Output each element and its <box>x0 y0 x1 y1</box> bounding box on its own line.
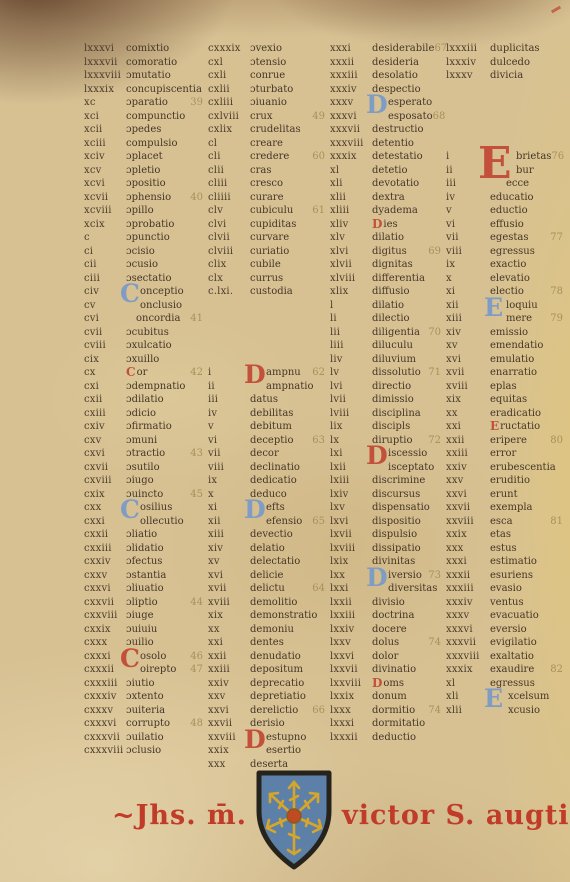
entry-numeral: cxlii <box>208 83 250 97</box>
entry-numeral: cii <box>84 258 126 272</box>
entry-numeral: cx <box>84 366 126 380</box>
entry-word-cell: desolatio <box>372 69 442 83</box>
entry-word-cell: discrimine <box>372 474 442 488</box>
blank-row <box>446 96 564 110</box>
entry-word: ventus <box>490 596 524 610</box>
illuminated-initial: C <box>120 497 140 522</box>
entry-word-cell: conrue <box>250 69 326 83</box>
entry-word-cell: ɔpedes <box>126 123 204 137</box>
entry-word: deceptio <box>250 434 293 448</box>
entry-word-cell: ɔdilatio <box>126 393 204 407</box>
index-entry: lxivdiscursus <box>330 488 442 502</box>
entry-numeral: lxxxix <box>84 83 126 97</box>
entry-numeral: lxxxiii <box>446 42 490 56</box>
index-entry: xxiiidepositum <box>208 663 326 677</box>
entry-word-cell: dissipatio <box>372 542 442 556</box>
entry-word: desolatio <box>372 69 418 83</box>
entry-word-cell: Conceptio <box>126 285 204 299</box>
entry-numeral: xxxiii <box>330 69 372 83</box>
index-entry: lxxxixconcupiscentia <box>84 83 204 97</box>
entry-word-cell: eradicatio <box>490 407 564 421</box>
entry-numeral: lxxxi <box>330 717 372 731</box>
index-entry: lxxxdormitio74 <box>330 704 442 718</box>
entry-word-cell: divicia <box>490 69 564 83</box>
entry-word: divisio <box>372 596 405 610</box>
entry-word: delectatio <box>250 555 300 569</box>
entry-word: debilitas <box>250 407 293 421</box>
entry-word-cell: docere <box>372 623 442 637</box>
index-entry: xxixetas <box>446 528 564 542</box>
index-entry: lxvidispositio <box>330 515 442 529</box>
entry-word-cell: Eructatio <box>490 420 564 434</box>
entry-numeral: vi <box>208 434 250 448</box>
entry-word-cell: crudelitas <box>250 123 326 137</box>
entry-numeral: lxxxv <box>446 69 490 83</box>
entry-numeral: xiv <box>208 542 250 556</box>
entry-word-cell: eplas <box>490 380 564 394</box>
index-entry: cxliiiɔiuanio <box>208 96 326 110</box>
entry-word-cell: ɔuiteria <box>126 704 204 718</box>
entry-word-cell: detentio <box>372 137 442 151</box>
entry-word: divinatio <box>372 663 416 677</box>
index-entry: xxxiiievasio <box>446 582 564 596</box>
entry-numeral: lxxiii <box>330 609 372 623</box>
page-number: 74 <box>428 704 442 718</box>
index-entry: xlvidigitus69 <box>330 245 442 259</box>
entry-word-cell: emulatio <box>490 353 564 367</box>
entry-word: dentes <box>250 636 284 650</box>
entry-word-cell: ventus <box>490 596 564 610</box>
index-entry: xxxixdetestatio <box>330 150 442 164</box>
entry-numeral: xxxvii <box>330 123 372 137</box>
entry-word: doctrina <box>372 609 414 623</box>
index-entry: lvidirectio <box>330 380 442 394</box>
entry-word: ɔpedes <box>126 123 161 137</box>
entry-numeral: cxxxiii <box>84 677 126 691</box>
entry-word-cell: dormitio74 <box>372 704 442 718</box>
entry-numeral: xlviii <box>330 272 372 286</box>
entry-numeral: lxxxvii <box>84 56 126 70</box>
blank-row <box>446 83 564 97</box>
entry-word: dextra <box>372 191 405 205</box>
entry-numeral: lxxii <box>330 596 372 610</box>
index-entry: cxvɔmuni <box>84 434 204 448</box>
entry-word-cell: dissolutio71 <box>372 366 442 380</box>
index-entry: cxiiiɔdicio <box>84 407 204 421</box>
entry-numeral: cxxiv <box>84 555 126 569</box>
entry-numeral: v <box>208 420 250 434</box>
page-number: 65 <box>312 515 326 529</box>
index-entry: xxdemoniu <box>208 623 326 637</box>
entry-word-cell: ɔphensio40 <box>126 191 204 205</box>
index-entry: xliixcusio <box>446 704 564 718</box>
entry-word-cell: corrupto48 <box>126 717 204 731</box>
index-entry: lxiDiscessio <box>330 447 442 461</box>
entry-numeral: lii <box>330 326 372 340</box>
entry-word-cell: equitas <box>490 393 564 407</box>
index-entry: xxxviiidetentio <box>330 137 442 151</box>
entry-word: ɔxtento <box>126 690 164 704</box>
index-entry: cxxxiioirepto47 <box>84 663 204 677</box>
entry-numeral: xcii <box>84 123 126 137</box>
entry-word: delictu <box>250 582 285 596</box>
entry-numeral: xxvi <box>446 488 490 502</box>
entry-word: diversitas <box>388 582 437 596</box>
entry-numeral: xxiv <box>208 677 250 691</box>
page-number: 64 <box>312 582 326 596</box>
index-entry: cxxiollecutio <box>84 515 204 529</box>
entry-word: derelictio <box>250 704 298 718</box>
index-entry: lxviiidissipatio <box>330 542 442 556</box>
entry-word: curiatio <box>250 245 289 259</box>
entry-numeral: xvi <box>208 569 250 583</box>
index-entry: xxxvevacuatio <box>446 609 564 623</box>
entry-word: esertio <box>266 744 301 758</box>
entry-word-cell: cras <box>250 164 326 178</box>
entry-word: corrupto <box>126 717 170 731</box>
entry-word: xcelsum <box>508 690 549 704</box>
entry-numeral: xxi <box>208 636 250 650</box>
entry-word: dissipatio <box>372 542 421 556</box>
entry-numeral: cvii <box>84 326 126 340</box>
entry-word: eductio <box>490 204 528 218</box>
entry-word-cell: exaltatio <box>490 650 564 664</box>
index-entry: viiiegressus <box>446 245 564 259</box>
entry-word: dulcedo <box>490 56 530 70</box>
entry-numeral: clvi <box>208 218 250 232</box>
entry-word: erubescentia <box>490 461 556 475</box>
entry-word-cell: erunt <box>490 488 564 502</box>
index-entry: cxivɔfirmatio <box>84 420 204 434</box>
index-entry: xxvdepretiatio <box>208 690 326 704</box>
blank-row <box>208 299 326 313</box>
entry-word-cell: cubile <box>250 258 326 272</box>
entry-word: ɔturbato <box>250 83 293 97</box>
entry-word: comoratio <box>126 56 177 70</box>
entry-numeral: cxxxv <box>84 704 126 718</box>
entry-word: depretiatio <box>250 690 306 704</box>
illuminated-initial: E <box>490 420 499 434</box>
entry-word: xcusio <box>508 704 540 718</box>
index-entry: iiampnatio <box>208 380 326 394</box>
entry-numeral: lxxv <box>330 636 372 650</box>
entry-numeral: xxii <box>446 434 490 448</box>
entry-numeral: xxxviii <box>446 650 490 664</box>
entry-numeral: xxxiii <box>446 582 490 596</box>
entry-numeral: lxxxiv <box>446 56 490 70</box>
entry-numeral: xciii <box>84 137 126 151</box>
entry-word: evacuatio <box>490 609 539 623</box>
entry-numeral: xci <box>84 110 126 124</box>
entry-numeral: lxvii <box>330 528 372 542</box>
entry-numeral: cxlix <box>208 123 250 137</box>
entry-word: devotatio <box>372 177 419 191</box>
entry-word-cell: diluvium <box>372 353 442 367</box>
index-entry: xxixesertio <box>208 744 326 758</box>
entry-word-cell: doctrina <box>372 609 442 623</box>
entry-numeral: xcvi <box>84 177 126 191</box>
entry-numeral: cxxxiv <box>84 690 126 704</box>
entry-word: deprecatio <box>250 677 304 691</box>
entry-word-cell: eruditio <box>490 474 564 488</box>
index-entry: xlidevotatio <box>330 177 442 191</box>
entry-numeral: xcv <box>84 164 126 178</box>
entry-word: ɔpositio <box>126 177 166 191</box>
entry-word-cell: deductio <box>372 731 442 745</box>
entry-word-cell: differentia <box>372 272 442 286</box>
entry-word-cell: decor <box>250 447 326 461</box>
index-entry: xliidextra <box>330 191 442 205</box>
entry-word-cell: diffusio <box>372 285 442 299</box>
index-entry: lxxivdocere <box>330 623 442 637</box>
index-entry: cviiiɔxulcatio <box>84 339 204 353</box>
entry-word-cell: ɔprobatio <box>126 218 204 232</box>
entry-word-cell: ɔmutatio <box>126 69 204 83</box>
entry-word: custodia <box>250 285 293 299</box>
entry-word: ɔtractio <box>126 447 165 461</box>
index-entry: xlviiidifferentia <box>330 272 442 286</box>
entry-word: educatio <box>490 191 534 205</box>
entry-numeral: v <box>446 204 490 218</box>
entry-numeral: cliii <box>208 177 250 191</box>
colophon-right-text: victor S. augtin̄. <box>342 800 570 831</box>
entry-numeral: cxiv <box>84 420 126 434</box>
entry-word: oncordia <box>136 312 180 326</box>
entry-numeral: clx <box>208 272 250 286</box>
entry-word-cell: Desperato <box>372 96 442 110</box>
index-entry: cxxvɔstantia <box>84 569 204 583</box>
page-number: 68 <box>433 110 447 124</box>
entry-word: mere <box>506 312 532 326</box>
index-entry: cxCor42 <box>84 366 204 380</box>
entry-word: evasio <box>490 582 522 596</box>
entry-word: brietas <box>516 150 551 164</box>
index-entry: xlviidignitas <box>330 258 442 272</box>
entry-numeral: xliv <box>330 218 372 232</box>
page-number: 73 <box>428 569 442 583</box>
entry-word-cell: destructio <box>372 123 442 137</box>
entry-numeral: lxxx <box>330 704 372 718</box>
entry-word: divicia <box>490 69 523 83</box>
entry-word-cell: ɔplacet <box>126 150 204 164</box>
index-entry: xivemissio <box>446 326 564 340</box>
entry-word: creare <box>250 137 283 151</box>
entry-numeral: xlvii <box>330 258 372 272</box>
index-entry: cvonclusio <box>84 299 204 313</box>
entry-word-cell: emissio <box>490 326 564 340</box>
entry-word-cell: cupiditas <box>250 218 326 232</box>
entry-word: ɔmuni <box>126 434 157 448</box>
index-entry: lvdissolutio71 <box>330 366 442 380</box>
index-entry: xvdelectatio <box>208 555 326 569</box>
entry-numeral: cxxviii <box>84 609 126 623</box>
entry-word-cell: ɔxtento <box>126 690 204 704</box>
entry-numeral: cl <box>208 137 250 151</box>
entry-word: cresco <box>250 177 283 191</box>
page-number: 61 <box>312 204 326 218</box>
entry-numeral: cvi <box>84 312 126 326</box>
entry-word-cell: ɔuiuiu <box>126 623 204 637</box>
index-entry: cxviɔtractio43 <box>84 447 204 461</box>
entry-numeral: cxxxviii <box>84 744 126 758</box>
entry-word: desideria <box>372 56 419 70</box>
entry-numeral: vii <box>446 231 490 245</box>
entry-word: dispulsio <box>372 528 417 542</box>
entry-word-cell: ɔliuatio <box>126 582 204 596</box>
index-entry: xxveruditio <box>446 474 564 488</box>
index-entry: cxlɔtensio <box>208 56 326 70</box>
entry-numeral: cliiii <box>208 191 250 205</box>
entry-word: enarratio <box>490 366 537 380</box>
index-entry: xviiieplas <box>446 380 564 394</box>
entry-word-cell: dimissio <box>372 393 442 407</box>
index-entry: cxxiiɔliatio <box>84 528 204 542</box>
index-entry: xliExcelsum <box>446 690 564 704</box>
page-number: 69 <box>428 245 442 259</box>
entry-word-cell: curvare <box>250 231 326 245</box>
entry-word-cell: Dampnu62 <box>250 366 326 380</box>
entry-word: ɔpillo <box>126 204 154 218</box>
index-entry: xvidelicie <box>208 569 326 583</box>
entry-word: emulatio <box>490 353 534 367</box>
entry-word: ɔcisio <box>126 245 155 259</box>
index-entry: xivdelatio <box>208 542 326 556</box>
index-entry: xlegressus <box>446 677 564 691</box>
entry-numeral: xv <box>446 339 490 353</box>
index-entry: ciiɔcusio <box>84 258 204 272</box>
index-column-1: lxxxvicomixtiolxxxviicomoratiolxxxviiiɔm… <box>84 42 204 758</box>
entry-word: discursus <box>372 488 420 502</box>
entry-word-cell: disciplina <box>372 407 442 421</box>
entry-word: efensio <box>266 515 302 529</box>
entry-word: elevatio <box>490 272 530 286</box>
entry-numeral: xviii <box>446 380 490 394</box>
entry-numeral: cxii <box>84 393 126 407</box>
index-column-2: cxxxixɔvexiocxlɔtensiocxliconruecxliiɔtu… <box>208 42 326 771</box>
illuminated-initial: D <box>372 677 382 691</box>
index-entry: cxiɔdempnatio <box>84 380 204 394</box>
index-entry: xxiiierror <box>446 447 564 461</box>
index-entry: cxxxiiiɔiutio <box>84 677 204 691</box>
entry-word: eruditio <box>490 474 530 488</box>
index-entry: clvcubiculu61 <box>208 204 326 218</box>
entry-word-cell: Dies <box>372 218 442 232</box>
entry-word: demolitio <box>250 596 297 610</box>
entry-word-cell: ɔliptio44 <box>126 596 204 610</box>
entry-word: diluculu <box>372 339 413 353</box>
entry-word-cell: eversio <box>490 623 564 637</box>
illuminated-initial: C <box>126 366 136 380</box>
entry-word: ampnu <box>266 366 301 380</box>
entry-word-cell: comoratio <box>126 56 204 70</box>
entry-numeral: xx <box>208 623 250 637</box>
page-number: 41 <box>190 312 204 326</box>
entry-word-cell: egressus <box>490 245 564 259</box>
entry-word-cell: error <box>490 447 564 461</box>
entry-word-cell: dispositio <box>372 515 442 529</box>
entry-word: ɔmutatio <box>126 69 171 83</box>
entry-word: detestatio <box>372 150 423 164</box>
page-number: 62 <box>312 366 326 380</box>
index-entry: iveducatio <box>446 191 564 205</box>
entry-numeral: xxv <box>446 474 490 488</box>
entry-word-cell: Defts <box>250 501 326 515</box>
entry-word-cell: credere60 <box>250 150 326 164</box>
entry-numeral: cxli <box>208 69 250 83</box>
entry-word: exaltatio <box>490 650 534 664</box>
manuscript-page: lxxxvicomixtiolxxxviicomoratiolxxxviiiɔm… <box>0 0 570 882</box>
entry-word-cell: desiderabile67 <box>372 42 448 56</box>
entry-word-cell: ɔturbato <box>250 83 326 97</box>
entry-word-cell: exaudire82 <box>490 663 564 677</box>
entry-word: differentia <box>372 272 425 286</box>
entry-word: dilectio <box>372 312 410 326</box>
entry-word-cell: detetio <box>372 164 442 178</box>
entry-word-cell: ɔsutilo <box>126 461 204 475</box>
entry-word-cell: demonstratio <box>250 609 326 623</box>
entry-word: ɔiuanio <box>250 96 287 110</box>
entry-word: ɔprobatio <box>126 218 174 232</box>
entry-numeral: viii <box>208 461 250 475</box>
entry-word: debitum <box>250 420 292 434</box>
entry-word: datus <box>250 393 278 407</box>
entry-word: digitus <box>372 245 407 259</box>
entry-word-cell: diluculu <box>372 339 442 353</box>
entry-word: exactio <box>490 258 526 272</box>
entry-numeral: xl <box>330 164 372 178</box>
index-entry: lxxxiiiduplicitas <box>446 42 564 56</box>
entry-numeral: xiv <box>446 326 490 340</box>
entry-word: dimissio <box>372 393 414 407</box>
index-entry: cxxxɔuilio <box>84 636 204 650</box>
entry-word-cell: ɔcubitus <box>126 326 204 340</box>
entry-word: dilatio <box>372 299 404 313</box>
entry-numeral: cxxxvi <box>84 717 126 731</box>
index-column-4: lxxxiiiduplicitaslxxxivdulcedolxxxvdivic… <box>446 42 564 717</box>
entry-word-cell: Doms <box>372 677 442 691</box>
entry-word-cell: currus <box>250 272 326 286</box>
entry-word: cubile <box>250 258 281 272</box>
entry-word: cras <box>250 164 271 178</box>
index-entry: xxviiiesca81 <box>446 515 564 529</box>
entry-word-cell: comixtio <box>126 42 204 56</box>
entry-word-cell: ɔclusio <box>126 744 204 758</box>
entry-word: ɔliuatio <box>126 582 164 596</box>
entry-numeral: xviii <box>208 596 250 610</box>
entry-numeral: xxi <box>446 420 490 434</box>
index-entry: xxxixexaudire82 <box>446 663 564 677</box>
entry-word: diluvium <box>372 353 416 367</box>
page-number: 77 <box>550 231 564 245</box>
entry-numeral: cxl <box>208 56 250 70</box>
index-entry: xxxvDesperato <box>330 96 442 110</box>
index-entry: xciiicompulsio <box>84 137 204 151</box>
index-entry: cxxviiiɔiuge <box>84 609 204 623</box>
entry-word-cell: ɔparatio39 <box>126 96 204 110</box>
entry-numeral: lvi <box>330 380 372 394</box>
index-entry: lidilectio <box>330 312 442 326</box>
index-entry: xxxiestimatio <box>446 555 564 569</box>
index-entry: lxxiidivisio <box>330 596 442 610</box>
index-entry: cxxxixɔvexio <box>208 42 326 56</box>
entry-word-cell: compulsio <box>126 137 204 151</box>
entry-word: dolor <box>372 650 398 664</box>
entry-word-cell: demoniu <box>250 623 326 637</box>
index-entry: lxxxviiiɔmutatio <box>84 69 204 83</box>
entry-word: ɔliatio <box>126 528 157 542</box>
illuminated-initial: E <box>484 295 503 320</box>
entry-word-cell: eripere80 <box>490 434 564 448</box>
